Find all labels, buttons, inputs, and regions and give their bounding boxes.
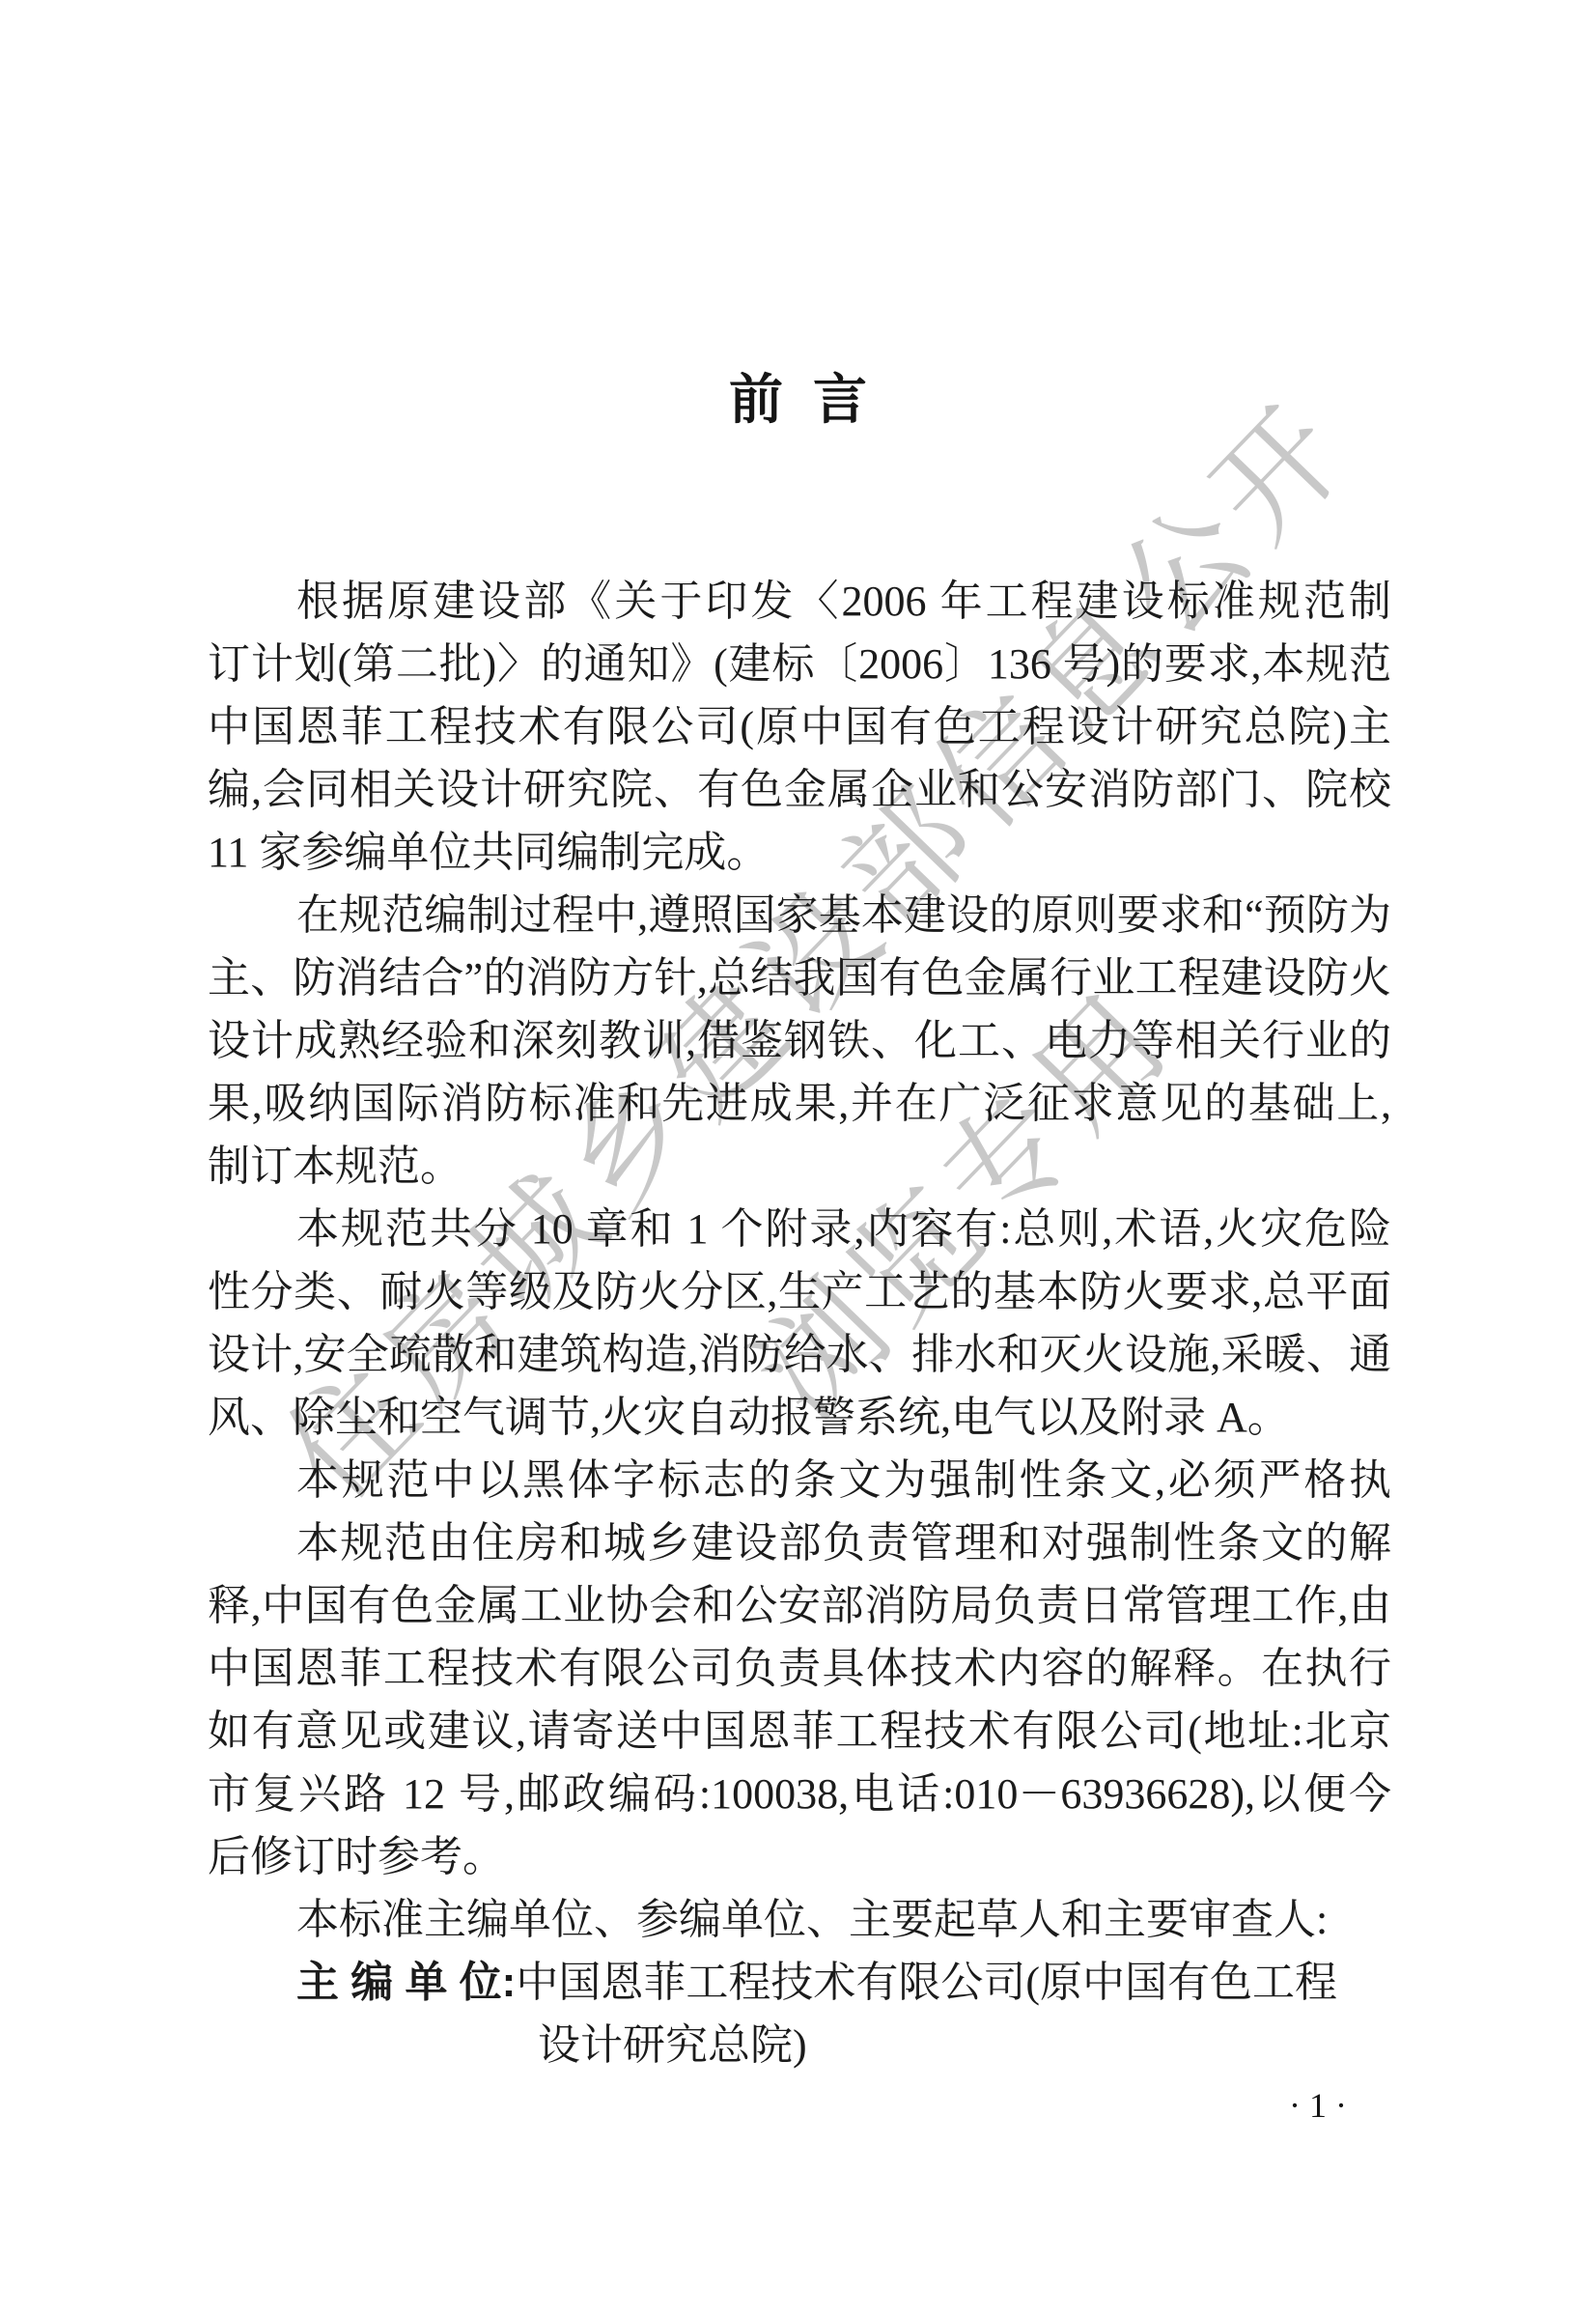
text-line: 编,会同相关设计研究院、有色金属企业和公安消防部门、院校等 xyxy=(208,758,1391,821)
text-line: 果,吸纳国际消防标准和先进成果,并在广泛征求意见的基础上, xyxy=(208,1072,1391,1135)
text-line: 本规范共分 10 章和 1 个附录,内容有:总则,术语,火灾危险 xyxy=(208,1198,1391,1260)
text-line: 主、防消结合”的消防方针,总结我国有色金属行业工程建设防火 xyxy=(208,946,1391,1009)
text-line: 设计成熟经验和深刻教训,借鉴钢铁、化工、电力等相关行业的成 xyxy=(208,1009,1391,1072)
text-line: 11 家参编单位共同编制完成。 xyxy=(208,821,1391,884)
text-line: 本规范由住房和城乡建设部负责管理和对强制性条文的解 xyxy=(208,1511,1391,1574)
text-line: 根据原建设部《关于印发〈2006 年工程建设标准规范制订、修 xyxy=(208,570,1391,633)
text-line: 市复兴路 12 号,邮政编码:100038,电话:010－63936628),以… xyxy=(208,1763,1391,1825)
text-line: 本规范中以黑体字标志的条文为强制性条文,必须严格执行。 xyxy=(208,1449,1391,1511)
text-line: 本标准主编单位、参编单位、主要起草人和主要审查人: xyxy=(208,1888,1391,1951)
text-line: 性分类、耐火等级及防火分区,生产工艺的基本防火要求,总平面 xyxy=(208,1260,1391,1323)
page-number: · 1 · xyxy=(1255,2084,1381,2127)
text-line: 释,中国有色金属工业协会和公安部消防局负责日常管理工作,由 xyxy=(208,1574,1391,1637)
text-line: 在规范编制过程中,遵照国家基本建设的原则要求和“预防为 xyxy=(208,884,1391,946)
page-title: 前 言 xyxy=(0,365,1596,435)
body-lines: 根据原建设部《关于印发〈2006 年工程建设标准规范制订、修订计划(第二批)〉的… xyxy=(208,570,1391,2076)
text-line: 设计研究总院) xyxy=(208,2014,1391,2076)
lead-label: 主 编 单 位: xyxy=(296,1959,516,2006)
text-line: 中国恩菲工程技术有限公司负责具体技术内容的解释。在执行中 xyxy=(208,1637,1391,1700)
text-line: 风、除尘和空气调节,火灾自动报警系统,电气以及附录 A。 xyxy=(208,1386,1391,1449)
text-line: 中国恩菲工程技术有限公司(原中国有色工程设计研究总院)主 xyxy=(208,695,1391,758)
text-line: 订计划(第二批)〉的通知》(建标〔2006〕136 号)的要求,本规范由 xyxy=(208,633,1391,695)
text-line: 主 编 单 位:中国恩菲工程技术有限公司(原中国有色工程 xyxy=(208,1951,1391,2014)
text-line: 后修订时参考。 xyxy=(208,1825,1391,1888)
text-line: 如有意见或建议,请寄送中国恩菲工程技术有限公司(地址:北京 xyxy=(208,1700,1391,1763)
text-line: 制订本规范。 xyxy=(208,1135,1391,1198)
text-line: 设计,安全疏散和建筑构造,消防给水、排水和灭火设施,采暖、通 xyxy=(208,1323,1391,1386)
line-text: 中国恩菲工程技术有限公司(原中国有色工程 xyxy=(516,1959,1337,2006)
document-page: 住房城乡建设部信息公开 浏览专用 前 言 根据原建设部《关于印发〈2006 年工… xyxy=(0,0,1596,2315)
